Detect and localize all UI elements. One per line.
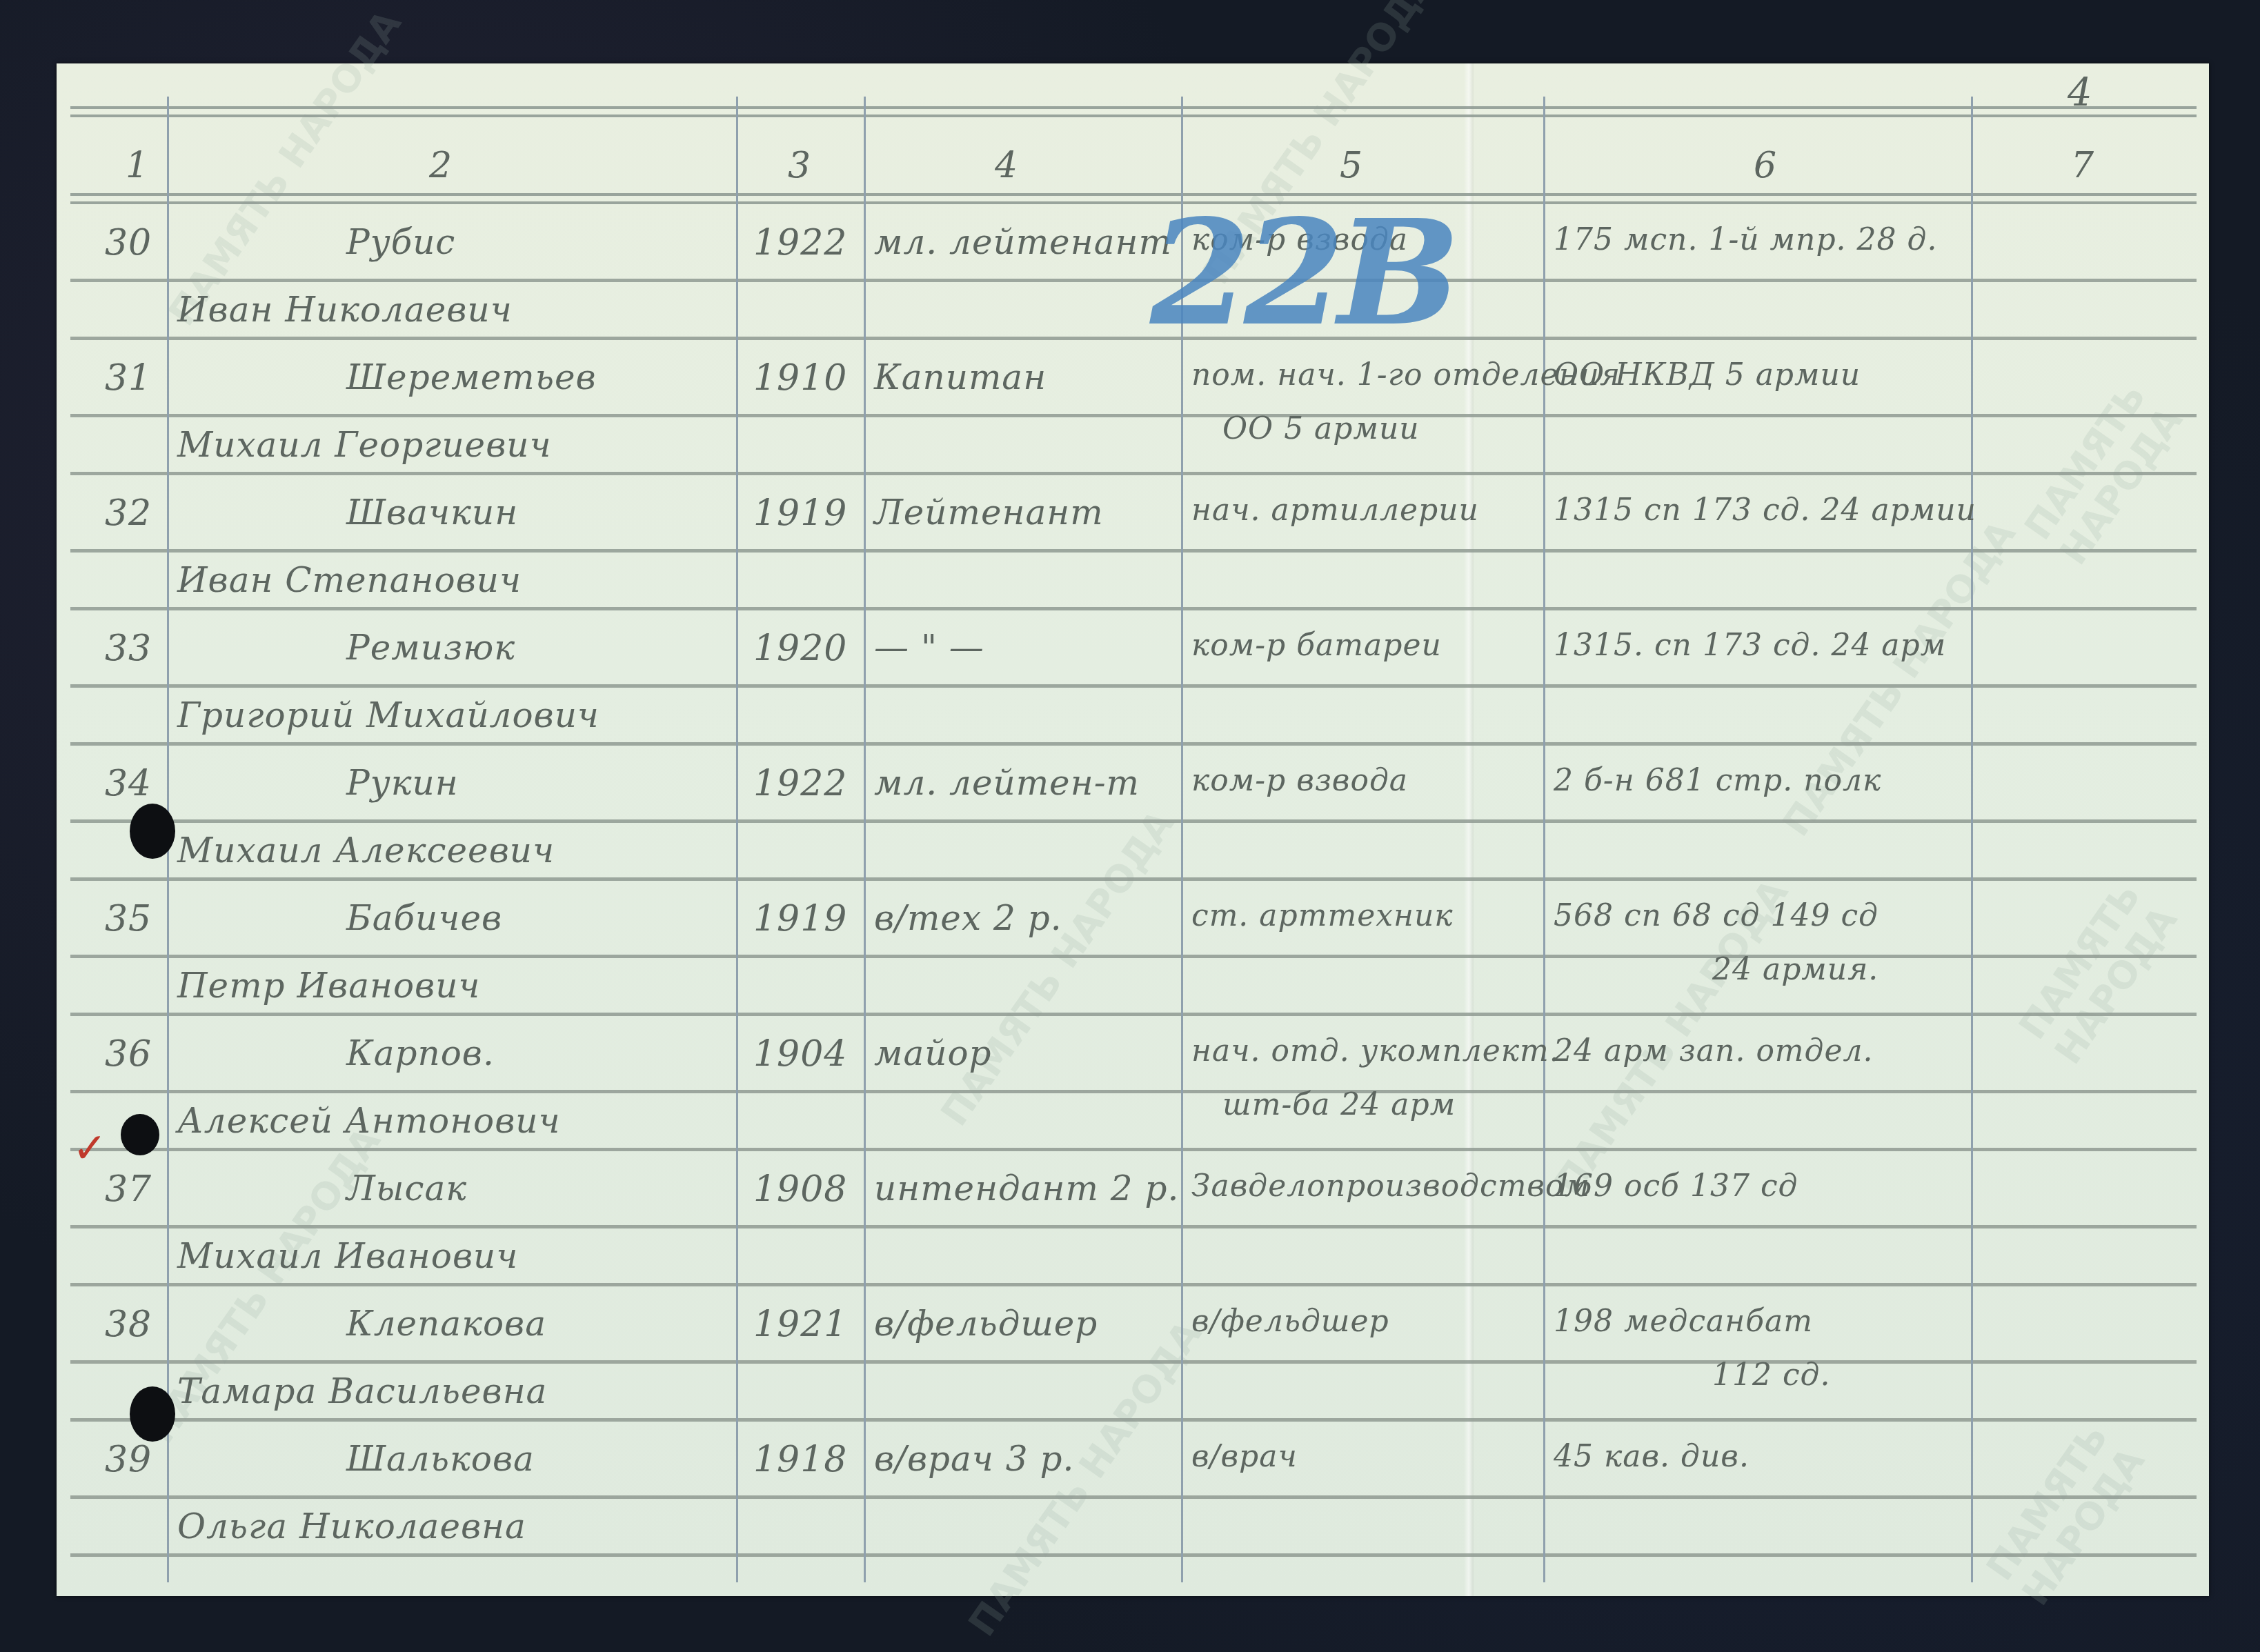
surname: Клепакова <box>346 1304 546 1344</box>
given-names: Михаил Иванович <box>177 1236 518 1276</box>
row-number: 38 <box>105 1304 152 1345</box>
given-names: Иван Николаевич <box>177 290 513 330</box>
military-rank: в/тех 2 р. <box>874 898 1062 938</box>
birth-year: 1919 <box>753 898 847 939</box>
row-rule <box>70 1225 2197 1228</box>
header-rule-bottom <box>70 201 2197 204</box>
military-rank: майор <box>874 1033 992 1073</box>
row-rule <box>70 549 2197 553</box>
surname: Карпов. <box>346 1033 495 1073</box>
given-names: Ольга Николаевна <box>177 1506 526 1546</box>
military-rank: в/врач 3 р. <box>874 1439 1074 1479</box>
birth-year: 1908 <box>753 1168 847 1210</box>
position: ком-р взвода <box>1191 763 1408 798</box>
watermark: ПАМЯТЬ НАРОДА <box>2016 359 2202 573</box>
row-number: 37 <box>105 1168 152 1210</box>
red-check-mark: ✓ <box>72 1124 107 1173</box>
punch-hole <box>121 1114 159 1155</box>
unit: 45 кав. див. <box>1554 1439 1749 1474</box>
military-rank: Капитан <box>874 357 1047 397</box>
surname: Лысак <box>346 1168 467 1208</box>
position: в/фельдшер <box>1191 1304 1389 1339</box>
military-rank: интендант 2 р. <box>874 1168 1179 1208</box>
header-rule-top <box>70 106 2197 109</box>
watermark: ПАМЯТЬ НАРОДА <box>2010 853 2200 1072</box>
column-header: 3 <box>788 145 811 186</box>
given-names: Михаил Алексеевич <box>177 830 555 870</box>
given-names: Иван Степанович <box>177 560 522 600</box>
position: Завделопроизводством <box>1191 1168 1590 1204</box>
military-rank: в/фельдшер <box>874 1304 1098 1344</box>
row-number: 35 <box>105 898 152 939</box>
column-header: 6 <box>1754 145 1776 186</box>
given-names: Тамара Васильевна <box>177 1371 547 1411</box>
column-divider <box>1543 97 1545 1582</box>
birth-year: 1920 <box>753 628 847 669</box>
birth-year: 1904 <box>753 1033 847 1075</box>
birth-year: 1918 <box>753 1439 847 1480</box>
row-rule <box>70 684 2197 688</box>
birth-year: 1919 <box>753 492 847 534</box>
surname: Шалькова <box>346 1439 535 1479</box>
paper-fold <box>1464 63 1474 1596</box>
row-rule <box>70 819 2197 823</box>
document-sheet: 4 ПАМЯТЬ НАРОДА ПАМЯТЬ НАРОДА ПАМЯТЬ НАР… <box>57 63 2209 1596</box>
row-rule <box>70 607 2197 610</box>
unit: 2 б-н 681 стр. полк <box>1554 763 1881 798</box>
military-rank: мл. лейтенант <box>874 222 1172 262</box>
unit: 1315. сп 173 сд. 24 арм <box>1554 628 1946 663</box>
surname: Рубис <box>346 222 455 262</box>
row-rule <box>70 1283 2197 1286</box>
military-rank: Лейтенант <box>874 492 1104 533</box>
row-rule <box>70 337 2197 340</box>
unit: 1315 сп 173 сд. 24 армии <box>1554 492 1976 528</box>
row-rule <box>70 1360 2197 1364</box>
row-number: 34 <box>105 763 152 804</box>
row-number: 30 <box>105 222 152 263</box>
column-divider <box>1971 97 1973 1582</box>
surname: Швачкин <box>346 492 518 533</box>
punch-hole <box>130 1386 175 1442</box>
given-names: Петр Иванович <box>177 966 480 1006</box>
surname: Рукин <box>346 763 459 803</box>
row-rule <box>70 877 2197 881</box>
position: нач. артиллерии <box>1191 492 1479 528</box>
birth-year: 1922 <box>753 763 847 804</box>
watermark: ПАМЯТЬ НАРОДА <box>933 803 1182 1134</box>
row-rule <box>70 1418 2197 1422</box>
birth-year: 1922 <box>753 222 847 263</box>
unit: ОО НКВД 5 армии <box>1554 357 1861 392</box>
unit-cont: 24 армия. <box>1712 952 1879 987</box>
row-rule <box>70 1148 2197 1151</box>
row-number: 32 <box>105 492 152 534</box>
given-names: Григорий Михайлович <box>177 695 599 735</box>
header-rule-bottom <box>70 193 2197 196</box>
column-header: 1 <box>126 145 148 186</box>
watermark: ПАМЯТЬ НАРОДА <box>1978 1360 2192 1613</box>
position: нач. отд. укомплект. <box>1191 1033 1560 1068</box>
row-number: 36 <box>105 1033 152 1075</box>
punch-hole <box>130 804 175 859</box>
unit: 175 мсп. 1-й мпр. 28 д. <box>1554 222 1937 257</box>
given-names: Алексей Антонович <box>177 1101 561 1141</box>
unit: 568 сп 68 сд 149 сд <box>1554 898 1879 933</box>
row-rule <box>70 472 2197 475</box>
unit: 24 арм зап. отдел. <box>1554 1033 1874 1068</box>
unit-cont: 112 сд. <box>1712 1357 1830 1393</box>
military-rank: мл. лейтен-т <box>874 763 1140 803</box>
unit: 198 медсанбат <box>1554 1304 1813 1339</box>
position-cont: шт-ба 24 арм <box>1222 1087 1456 1122</box>
given-names: Михаил Георгиевич <box>177 425 552 465</box>
column-divider <box>864 97 866 1582</box>
row-rule <box>70 742 2197 746</box>
blue-ink-stamp: 22B <box>1150 188 1454 358</box>
surname: Ремизюк <box>346 628 515 668</box>
row-number: 31 <box>105 357 152 399</box>
birth-year: 1910 <box>753 357 847 399</box>
position: в/врач <box>1191 1439 1298 1474</box>
header-rule-top <box>70 115 2197 117</box>
row-number: 33 <box>105 628 152 669</box>
unit: 169 осб 137 сд <box>1554 1168 1798 1204</box>
row-rule <box>70 1495 2197 1499</box>
military-rank: — " — <box>874 628 984 668</box>
position: ком-р батареи <box>1191 628 1442 663</box>
surname: Шереметьев <box>346 357 597 397</box>
surname: Бабичев <box>346 898 502 938</box>
row-rule <box>70 279 2197 282</box>
row-rule <box>70 414 2197 417</box>
row-number: 39 <box>105 1439 152 1480</box>
column-header: 2 <box>429 145 452 186</box>
row-rule <box>70 1090 2197 1093</box>
row-rule <box>70 1013 2197 1016</box>
column-divider <box>736 97 738 1582</box>
column-header: 7 <box>2071 145 2094 186</box>
column-header: 4 <box>995 145 1018 186</box>
birth-year: 1921 <box>753 1304 847 1345</box>
position: ст. арттехник <box>1191 898 1454 933</box>
column-header: 5 <box>1340 145 1362 186</box>
position-cont: ОО 5 армии <box>1222 411 1420 446</box>
row-rule <box>70 1553 2197 1557</box>
